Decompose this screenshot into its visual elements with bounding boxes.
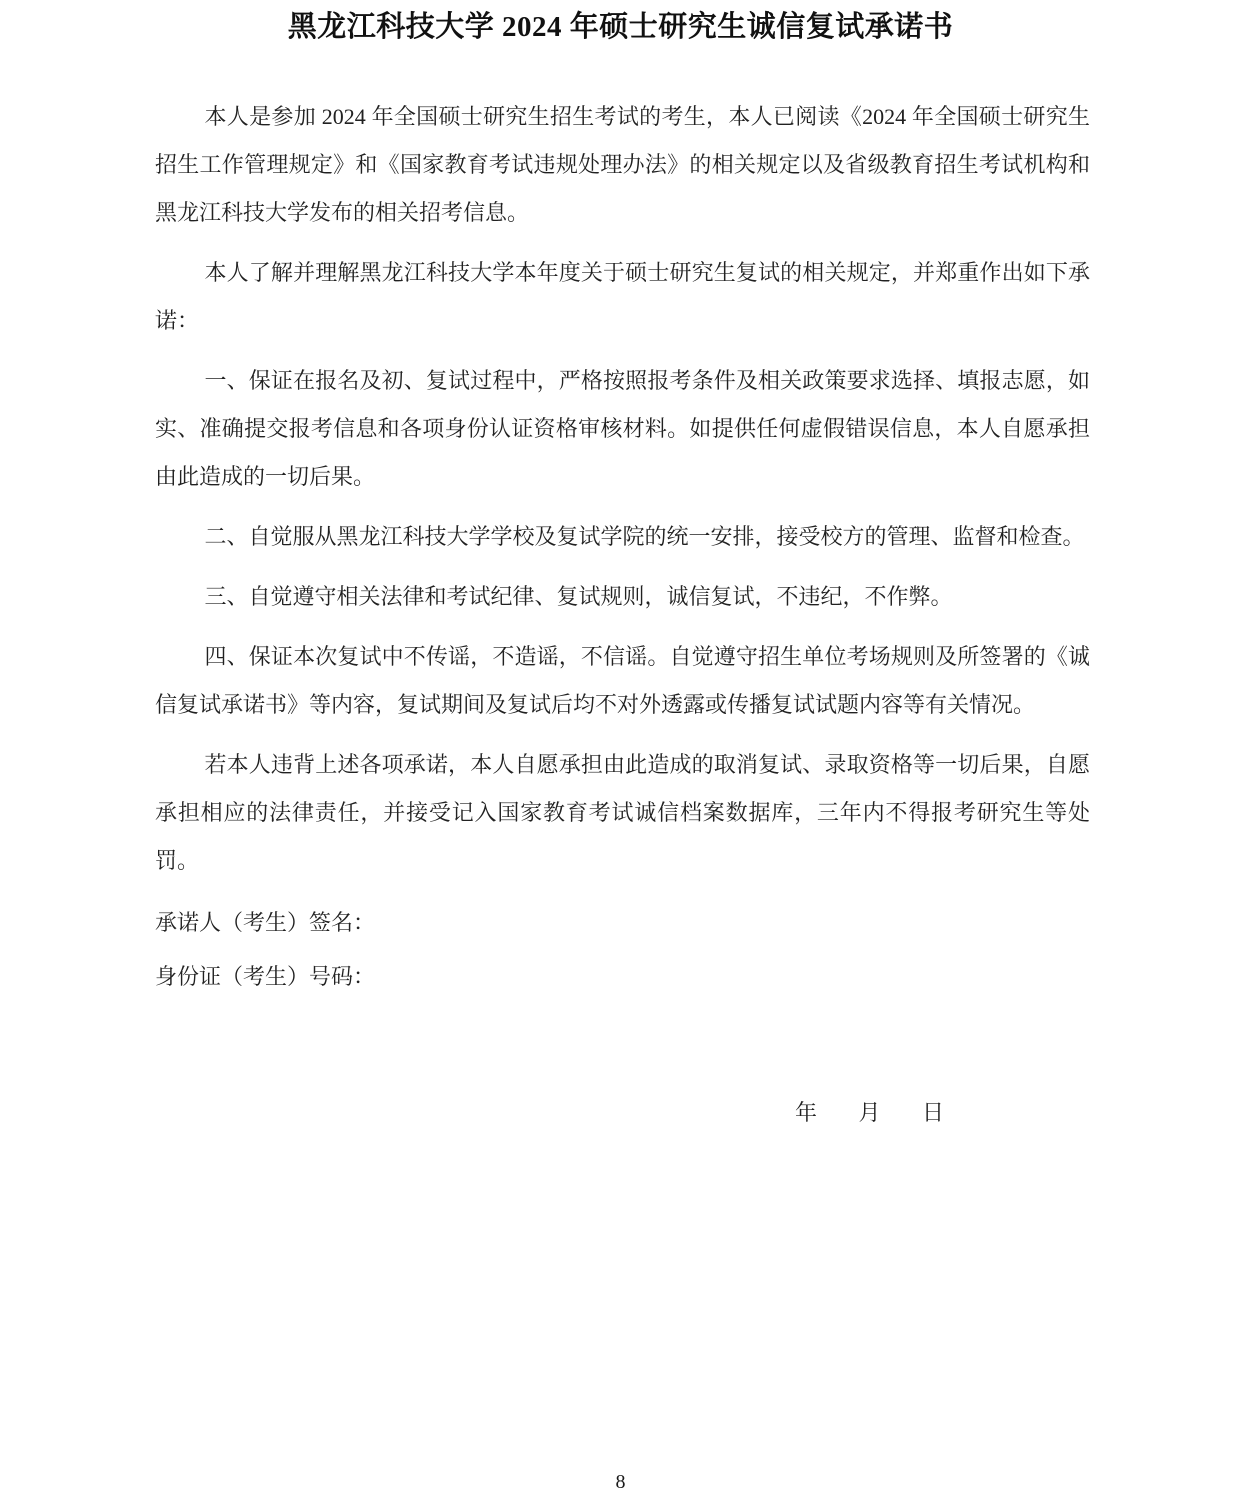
document-body: 本人是参加 2024 年全国硕士研究生招生考试的考生，本人已阅读《2024 年全… [0,93,1241,1137]
date-line: 年 月 日 [155,1089,1090,1137]
document-page: 黑龙江科技大学 2024 年硕士研究生诚信复试承诺书 本人是参加 2024 年全… [0,0,1241,1506]
intro-paragraph: 本人是参加 2024 年全国硕士研究生招生考试的考生，本人已阅读《2024 年全… [155,93,1090,237]
document-title: 黑龙江科技大学 2024 年硕士研究生诚信复试承诺书 [0,0,1241,47]
signature-block: 承诺人（考生）签名： 身份证（考生）号码： [155,899,1090,1001]
commitment-item-2: 二、自觉服从黑龙江科技大学学校及复试学院的统一安排，接受校方的管理、监督和检查。 [155,513,1090,561]
commitment-item-1: 一、保证在报名及初、复试过程中，严格按照报考条件及相关政策要求选择、填报志愿，如… [155,357,1090,501]
consequence-paragraph: 若本人违背上述各项承诺，本人自愿承担由此造成的取消复试、录取资格等一切后果，自愿… [155,741,1090,885]
signature-label: 承诺人（考生）签名： [155,899,1090,947]
id-number-label: 身份证（考生）号码： [155,953,1090,1001]
commitment-item-3: 三、自觉遵守相关法律和考试纪律、复试规则，诚信复试，不违纪，不作弊。 [155,573,1090,621]
commitment-item-4: 四、保证本次复试中不传谣，不造谣，不信谣。自觉遵守招生单位考场规则及所签署的《诚… [155,633,1090,729]
page-number: 8 [0,1470,1241,1494]
preamble-paragraph: 本人了解并理解黑龙江科技大学本年度关于硕士研究生复试的相关规定，并郑重作出如下承… [155,249,1090,345]
